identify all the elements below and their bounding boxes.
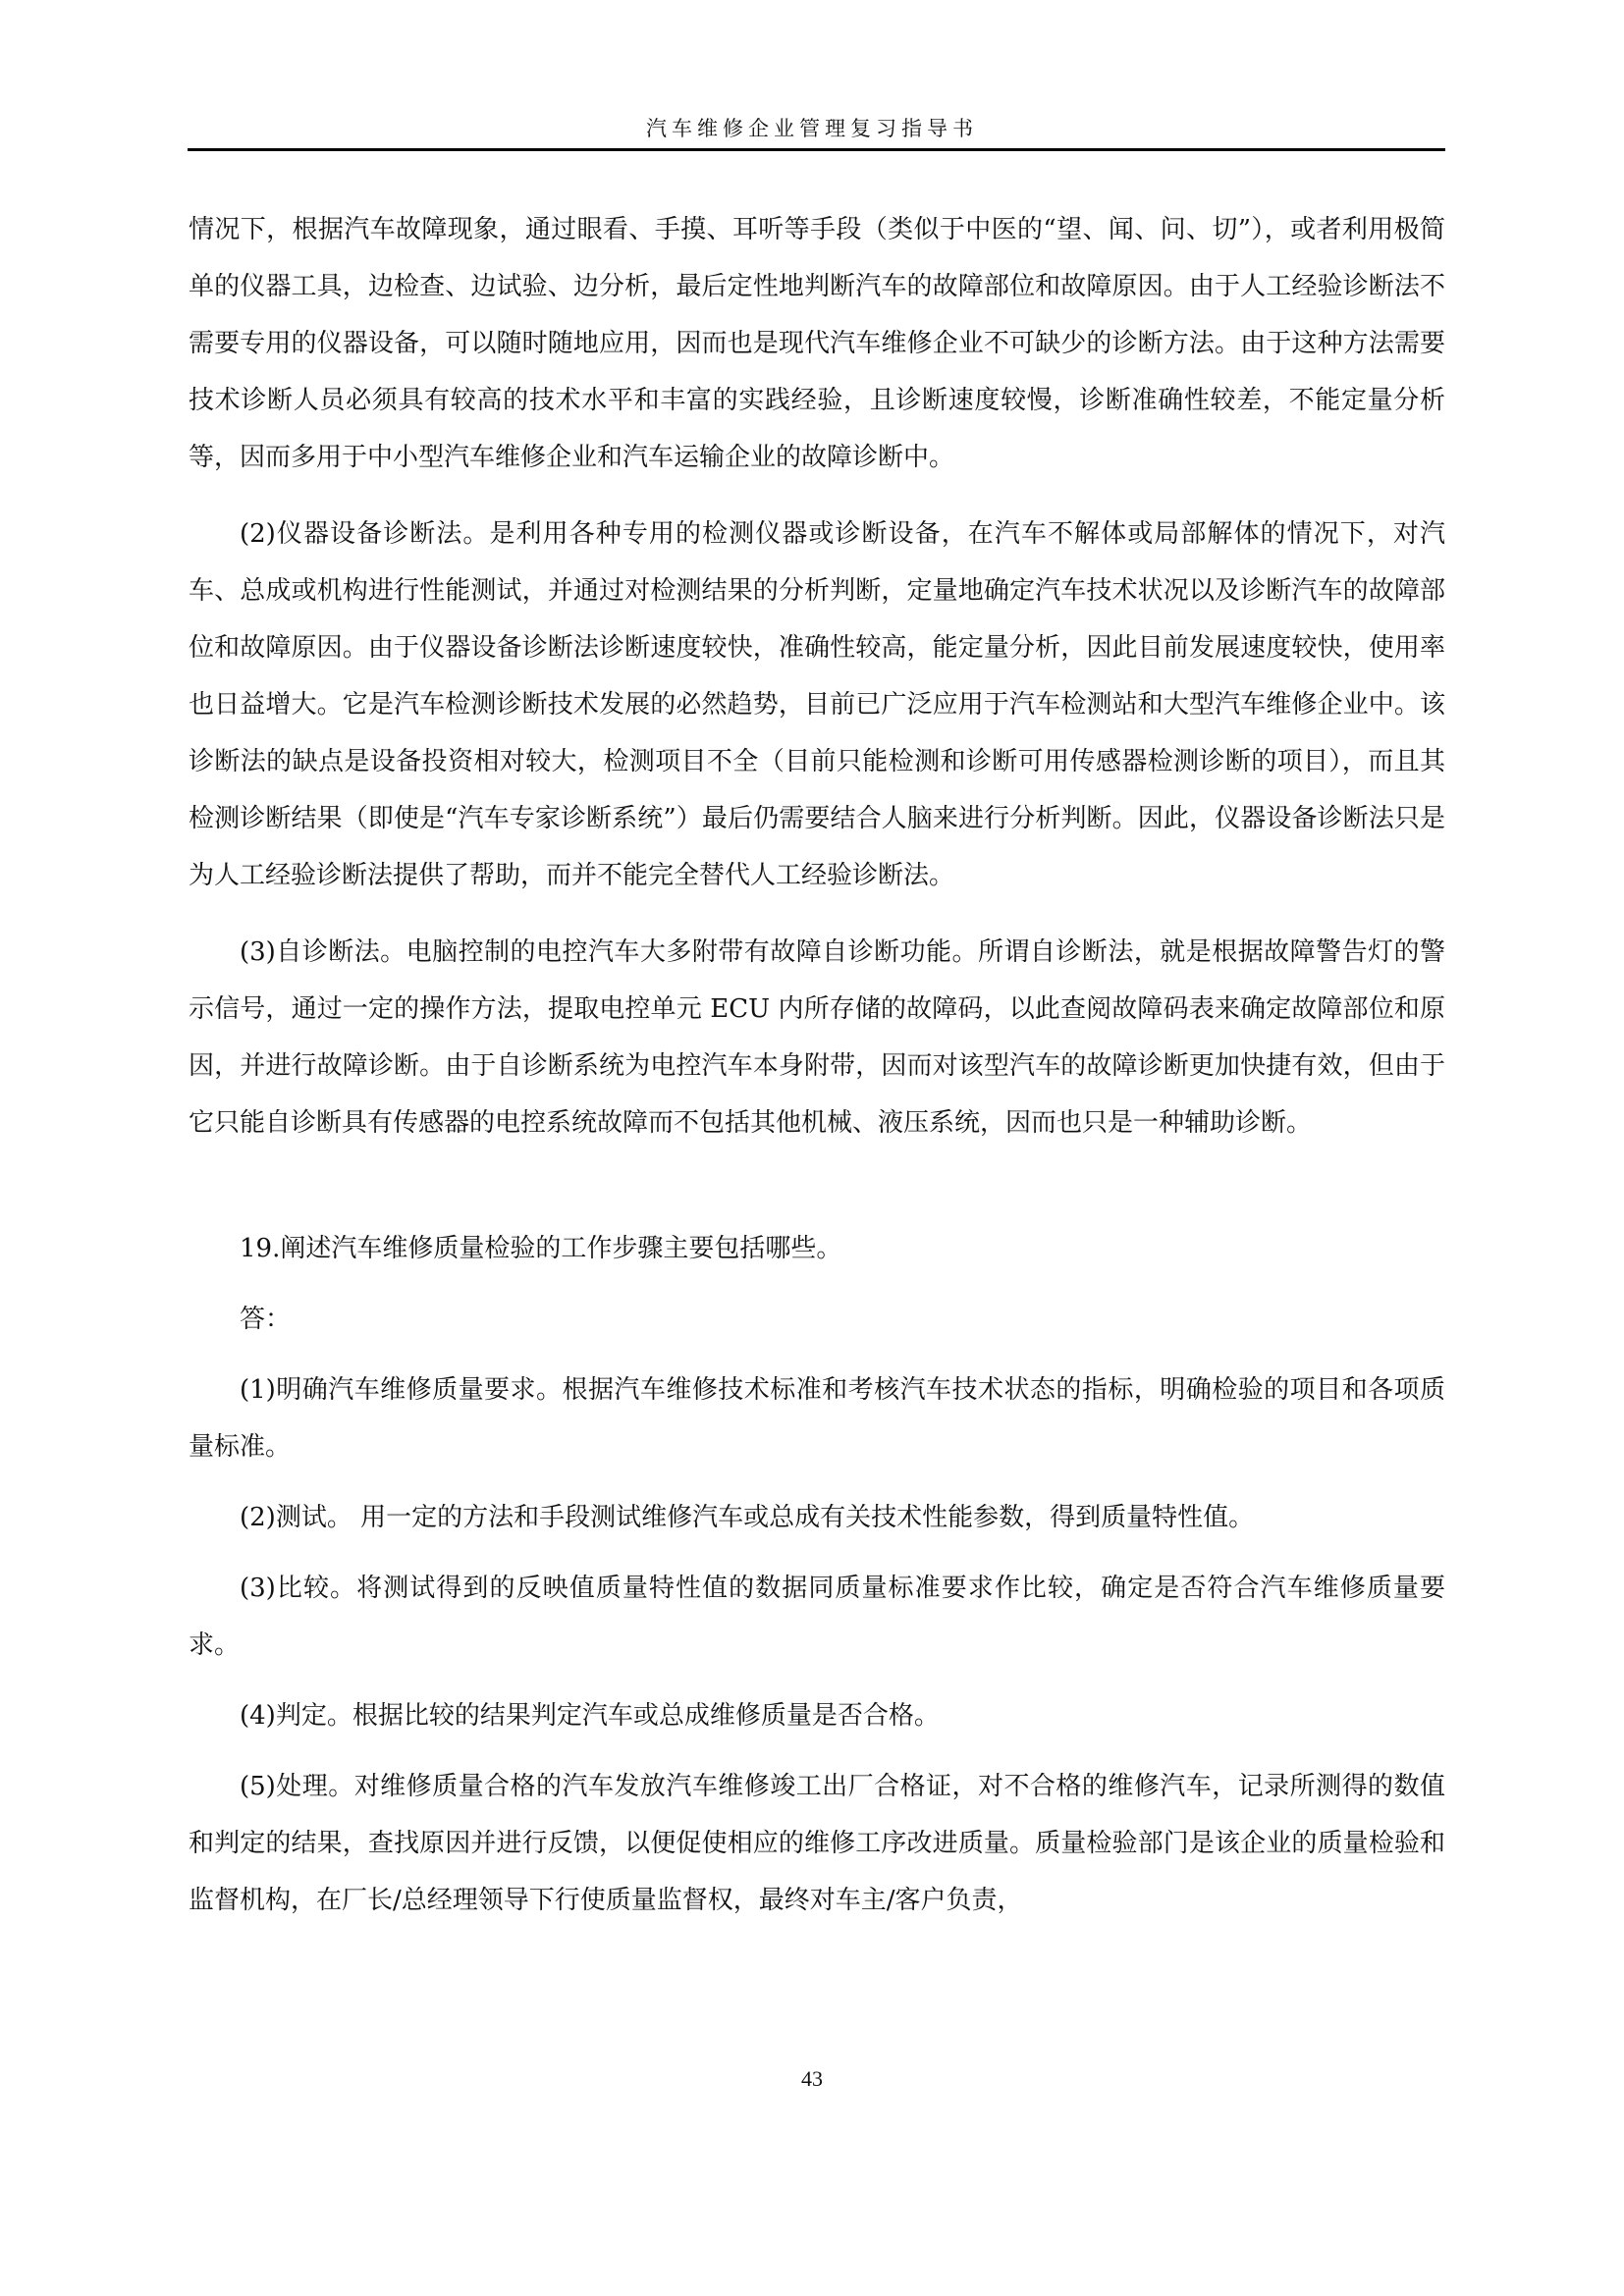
answer-step-1: (1)明确汽车维修质量要求。根据汽车维修技术标准和考核汽车技术状态的指标，明确检… [189,1362,1445,1475]
answer-step-3: (3)比较。将测试得到的反映值质量特性值的数据同质量标准要求作比较，确定是否符合… [189,1560,1445,1674]
answer-step-5: (5)处理。对维修质量合格的汽车发放汽车维修竣工出厂合格证，对不合格的维修汽车，… [189,1758,1445,1929]
question-19: 19.阐述汽车维修质量检验的工作步骤主要包括哪些。 [189,1220,1445,1277]
header-divider [188,148,1445,151]
page-number: 43 [0,2066,1624,2092]
answer-step-2: (2)测试。 用一定的方法和手段测试维修汽车或总成有关技术性能参数，得到质量特性… [189,1489,1445,1546]
paragraph-self-diagnosis: (3)自诊断法。电脑控制的电控汽车大多附带有故障自诊断功能。所谓自诊断法，就是根… [189,924,1445,1151]
running-header-title: 汽车维修企业管理复习指导书 [0,114,1624,143]
page-body: 情况下，根据汽车故障现象，通过眼看、手摸、耳听等手段（类似于中医的“望、闻、问、… [189,201,1445,1929]
paragraph-continued: 情况下，根据汽车故障现象，通过眼看、手摸、耳听等手段（类似于中医的“望、闻、问、… [189,201,1445,486]
answer-step-4: (4)判定。根据比较的结果判定汽车或总成维修质量是否合格。 [189,1687,1445,1744]
answer-label: 答： [189,1291,1445,1348]
paragraph-instrument-diagnosis: (2)仪器设备诊断法。是利用各种专用的检测仪器或诊断设备，在汽车不解体或局部解体… [189,506,1445,904]
